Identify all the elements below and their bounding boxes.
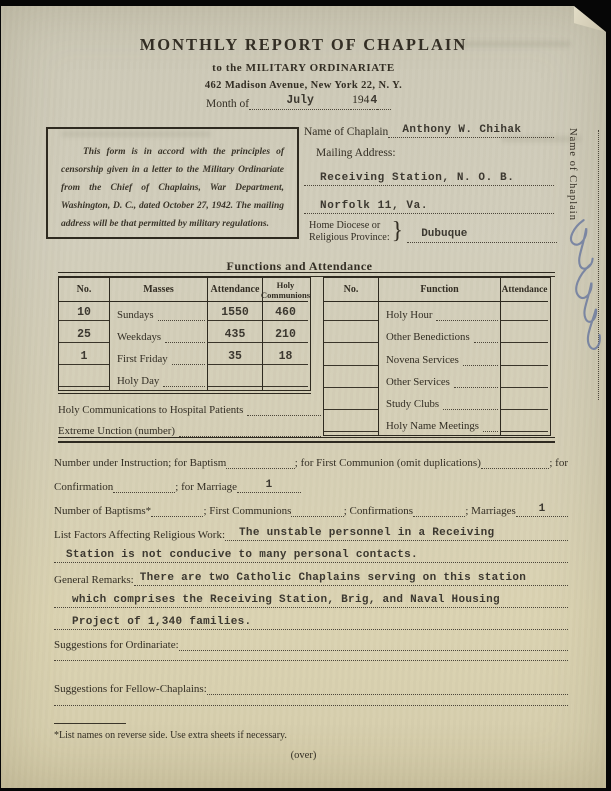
factors-label: List Factors Affecting Religious Work: bbox=[54, 529, 225, 541]
mass-label: Sundays bbox=[117, 309, 154, 321]
function-label: Study Clubs bbox=[386, 398, 439, 410]
marriages-count-field: 1 bbox=[516, 502, 568, 517]
instruction-marriage-label: ; for Marriage bbox=[175, 481, 237, 493]
masses-no-value: 25 bbox=[77, 328, 91, 341]
dotted-leader bbox=[454, 374, 498, 388]
diocese-brace: } bbox=[392, 218, 404, 245]
table-row: 35 bbox=[208, 346, 263, 368]
masses-col-no: No. bbox=[59, 278, 110, 302]
mailing-address-line1-value: Receiving Station, N. O. B. bbox=[320, 172, 514, 184]
table-row bbox=[263, 368, 308, 390]
functions-col-function: Function bbox=[379, 278, 501, 302]
mailing-address-label: Mailing Address: bbox=[316, 147, 396, 159]
table-row: 210 bbox=[263, 324, 308, 346]
instruction-first-communion-label: ; for First Communion (omit duplications… bbox=[295, 457, 481, 469]
table-row: Sundays bbox=[110, 302, 208, 324]
table-row bbox=[208, 368, 263, 390]
remarks-field-line1: There are two Catholic Chaplains serving… bbox=[134, 570, 568, 586]
table-row: 460 bbox=[263, 302, 308, 324]
masses-col-communions: Holy Communions bbox=[263, 278, 308, 302]
factors-value-line1: The unstable personnel in a Receiving bbox=[239, 527, 494, 539]
chaplain-name-value: Anthony W. Chihak bbox=[402, 124, 521, 136]
table-row bbox=[501, 369, 548, 391]
form-title: MONTHLY REPORT OF CHAPLAIN bbox=[41, 35, 566, 55]
factors-value-line2: Station is not conducive to many persona… bbox=[66, 549, 418, 561]
table-row bbox=[324, 369, 379, 391]
table-row: Novena Services bbox=[379, 346, 501, 368]
scanned-document: MONTHLY REPORT OF CHAPLAIN to the MILITA… bbox=[0, 0, 611, 791]
suggestions-fellow-row: Suggestions for Fellow-Chaplains: bbox=[54, 678, 568, 695]
suggestions-ordinariate-label: Suggestions for Ordinariate: bbox=[54, 639, 179, 651]
masses-no-value: 1 bbox=[81, 350, 88, 363]
form-subtitle: to the MILITARY ORDINARIATE bbox=[41, 62, 566, 74]
dotted-leader bbox=[163, 373, 205, 387]
table-row bbox=[501, 324, 548, 346]
mailing-address-line2-row: Norfolk 11, Va. bbox=[304, 194, 554, 214]
instruction-line1: Number under Instruction; for Baptism ; … bbox=[54, 452, 568, 469]
masses-col-attendance: Attendance bbox=[208, 278, 263, 302]
table-row: First Friday bbox=[110, 346, 208, 368]
margin-name-of-chaplain-label: Name of Chaplain bbox=[567, 128, 578, 221]
remarks-label: General Remarks: bbox=[54, 574, 134, 586]
functions-table: No. Function Attendance Holy Hour Other … bbox=[323, 277, 551, 436]
masses-table: No. Masses Attendance Holy Communions 10… bbox=[58, 277, 311, 391]
dotted-leader bbox=[443, 396, 498, 410]
masses-table-bottom-rule bbox=[58, 391, 311, 394]
communions-header-line2: Communions bbox=[261, 290, 310, 300]
baptisms-count-field bbox=[151, 502, 203, 517]
suggestions-fellow-field bbox=[207, 679, 568, 695]
remarks-line3: Project of 1,340 families. bbox=[54, 613, 568, 630]
table-row bbox=[501, 413, 548, 435]
table-row: 10 bbox=[59, 302, 110, 324]
chaplain-name-field: Anthony W. Chihak bbox=[388, 120, 554, 138]
marriages-count-value: 1 bbox=[539, 503, 546, 515]
communions-value: 210 bbox=[275, 328, 296, 341]
remarks-value-line1: There are two Catholic Chaplains serving… bbox=[140, 572, 526, 584]
table-row: 435 bbox=[208, 324, 263, 346]
masses-no-value: 10 bbox=[77, 306, 91, 319]
table-row bbox=[324, 324, 379, 346]
table-row: Other Services bbox=[379, 369, 501, 391]
dotted-leader bbox=[436, 307, 498, 321]
year-typed-digit: 4 bbox=[370, 94, 377, 110]
sacrament-counts-line: Number of Baptisms* ; First Communions ;… bbox=[54, 500, 568, 517]
table-row: 18 bbox=[263, 346, 308, 368]
functions-col-attendance: Attendance bbox=[501, 278, 548, 302]
table-row bbox=[324, 391, 379, 413]
communions-header-line1: Holy bbox=[277, 280, 295, 290]
remarks-field-line3: Project of 1,340 families. bbox=[54, 614, 568, 630]
attendance-value: 1550 bbox=[221, 306, 249, 319]
instruction-line1-tail: ; for bbox=[549, 457, 568, 469]
remarks-line2: which comprises the Receiving Station, B… bbox=[54, 591, 568, 608]
table-row bbox=[501, 346, 548, 368]
functions-col-no: No. bbox=[324, 278, 379, 302]
table-row: Other Benedictions bbox=[379, 324, 501, 346]
suggestions-fellow-label: Suggestions for Fellow-Chaplains: bbox=[54, 683, 207, 695]
factors-line2: Station is not conducive to many persona… bbox=[54, 546, 568, 563]
table-row: Holy Day bbox=[110, 368, 208, 390]
confirmation-instruction-field bbox=[113, 478, 175, 493]
instruction-confirmation-label: Confirmation bbox=[54, 481, 113, 493]
first-communions-count-field bbox=[291, 502, 343, 517]
chaplain-signature bbox=[548, 213, 610, 366]
dotted-leader bbox=[474, 329, 498, 343]
baptism-instruction-field bbox=[226, 454, 294, 469]
year-line-tail bbox=[377, 94, 391, 110]
table-row bbox=[501, 302, 548, 324]
year-prefix: 194 bbox=[351, 94, 370, 110]
mass-label: First Friday bbox=[117, 353, 168, 365]
footnote-rule bbox=[54, 723, 126, 724]
censorship-notice-box: This form is in accord with the principl… bbox=[46, 127, 299, 239]
function-label: Holy Hour bbox=[386, 309, 432, 321]
diocese-field: Dubuque bbox=[407, 220, 557, 243]
remarks-value-line3: Project of 1,340 families. bbox=[72, 616, 251, 628]
confirmations-label: ; Confirmations bbox=[344, 505, 413, 517]
function-label: Novena Services bbox=[386, 354, 459, 366]
suggestions-ordinariate-row: Suggestions for Ordinariate: bbox=[54, 634, 568, 651]
dotted-leader bbox=[463, 352, 498, 366]
instruction-line2: Confirmation ; for Marriage 1 bbox=[54, 476, 568, 493]
function-label: Other Benedictions bbox=[386, 331, 470, 343]
marriage-instruction-value: 1 bbox=[266, 479, 273, 491]
table-row bbox=[324, 302, 379, 324]
mailing-address-line1-row: Receiving Station, N. O. B. bbox=[304, 166, 554, 186]
confirmations-count-field bbox=[413, 502, 465, 517]
attendance-value: 435 bbox=[225, 328, 246, 341]
folded-corner bbox=[574, 6, 606, 32]
communions-value: 460 bbox=[275, 306, 296, 319]
month-line: Month of July 194 4 bbox=[206, 94, 391, 110]
diocese-row: Home Diocese or Religious Province: } Du… bbox=[309, 218, 557, 245]
attendance-value: 35 bbox=[228, 350, 242, 363]
mailing-address-line1-field: Receiving Station, N. O. B. bbox=[304, 168, 554, 186]
marriages-label: ; Marriages bbox=[465, 505, 515, 517]
table-row bbox=[324, 413, 379, 435]
table-row: Holy Hour bbox=[379, 302, 501, 324]
communions-value: 18 bbox=[279, 350, 293, 363]
masses-col-masses: Masses bbox=[110, 278, 208, 302]
extreme-unction-label: Extreme Unction (number) bbox=[58, 425, 175, 437]
factors-field-line1: The unstable personnel in a Receiving bbox=[225, 525, 568, 541]
dotted-leader bbox=[158, 307, 205, 321]
function-label: Other Services bbox=[386, 376, 450, 388]
suggestions-fellow-line2 bbox=[54, 705, 568, 706]
footnote-text: *List names on reverse side. Use extra s… bbox=[54, 730, 287, 741]
baptisms-label: Number of Baptisms* bbox=[54, 505, 151, 517]
dotted-leader bbox=[179, 424, 321, 437]
function-label: Holy Name Meetings bbox=[386, 420, 479, 432]
mass-label: Holy Day bbox=[117, 375, 159, 387]
section-bottom-rule bbox=[58, 437, 555, 443]
factors-line1: List Factors Affecting Religious Work: T… bbox=[54, 524, 568, 541]
chaplain-name-label: Name of Chaplain bbox=[304, 126, 388, 138]
table-row bbox=[501, 391, 548, 413]
suggestions-ordinariate-line2 bbox=[54, 660, 568, 661]
instruction-baptism-label: Number under Instruction; for Baptism bbox=[54, 457, 226, 469]
chaplain-name-row: Name of Chaplain Anthony W. Chihak bbox=[304, 118, 554, 138]
diocese-label: Home Diocese or Religious Province: bbox=[309, 220, 390, 244]
dotted-leader bbox=[247, 403, 321, 416]
table-row: 1550 bbox=[208, 302, 263, 324]
table-row: Holy Name Meetings bbox=[379, 413, 501, 435]
mass-label: Weekdays bbox=[117, 331, 161, 343]
remarks-field-line2: which comprises the Receiving Station, B… bbox=[54, 592, 568, 608]
factors-field-line2: Station is not conducive to many persona… bbox=[54, 547, 568, 563]
table-row: Study Clubs bbox=[379, 391, 501, 413]
over-label: (over) bbox=[1, 750, 606, 761]
diocese-value: Dubuque bbox=[407, 228, 467, 240]
table-row: 25 bbox=[59, 324, 110, 346]
first-communions-label: ; First Communions bbox=[203, 505, 291, 517]
dotted-leader bbox=[172, 351, 205, 365]
mailing-address-line2-field: Norfolk 11, Va. bbox=[304, 196, 554, 214]
ordinariate-address: 462 Madison Avenue, New York 22, N. Y. bbox=[41, 80, 566, 91]
hospital-communions-row: Holy Communications to Hospital Patients bbox=[58, 396, 321, 416]
month-field: July bbox=[249, 94, 351, 110]
functions-tables: No. Masses Attendance Holy Communions 10… bbox=[58, 277, 555, 436]
month-label: Month of bbox=[206, 98, 249, 110]
paper-sheet: MONTHLY REPORT OF CHAPLAIN to the MILITA… bbox=[1, 6, 606, 788]
censorship-notice-text: This form is in accord with the principl… bbox=[61, 143, 284, 233]
table-row bbox=[59, 368, 110, 390]
remarks-value-line2: which comprises the Receiving Station, B… bbox=[72, 594, 500, 606]
table-row bbox=[324, 346, 379, 368]
month-value: July bbox=[286, 94, 314, 107]
diocese-label-line2: Religious Province: bbox=[309, 232, 390, 243]
table-row: 1 bbox=[59, 346, 110, 368]
first-communion-instruction-field bbox=[481, 454, 549, 469]
hospital-communions-label: Holy Communications to Hospital Patients bbox=[58, 404, 243, 416]
table-row: Weekdays bbox=[110, 324, 208, 346]
remarks-line1: General Remarks: There are two Catholic … bbox=[54, 569, 568, 586]
suggestions-ordinariate-field bbox=[179, 635, 568, 651]
dotted-leader bbox=[165, 329, 205, 343]
mailing-address-line2-value: Norfolk 11, Va. bbox=[320, 200, 428, 212]
marriage-instruction-field: 1 bbox=[237, 478, 301, 493]
diocese-label-line1: Home Diocese or bbox=[309, 220, 380, 231]
dotted-leader bbox=[483, 418, 498, 432]
extreme-unction-row: Extreme Unction (number) bbox=[58, 417, 321, 437]
